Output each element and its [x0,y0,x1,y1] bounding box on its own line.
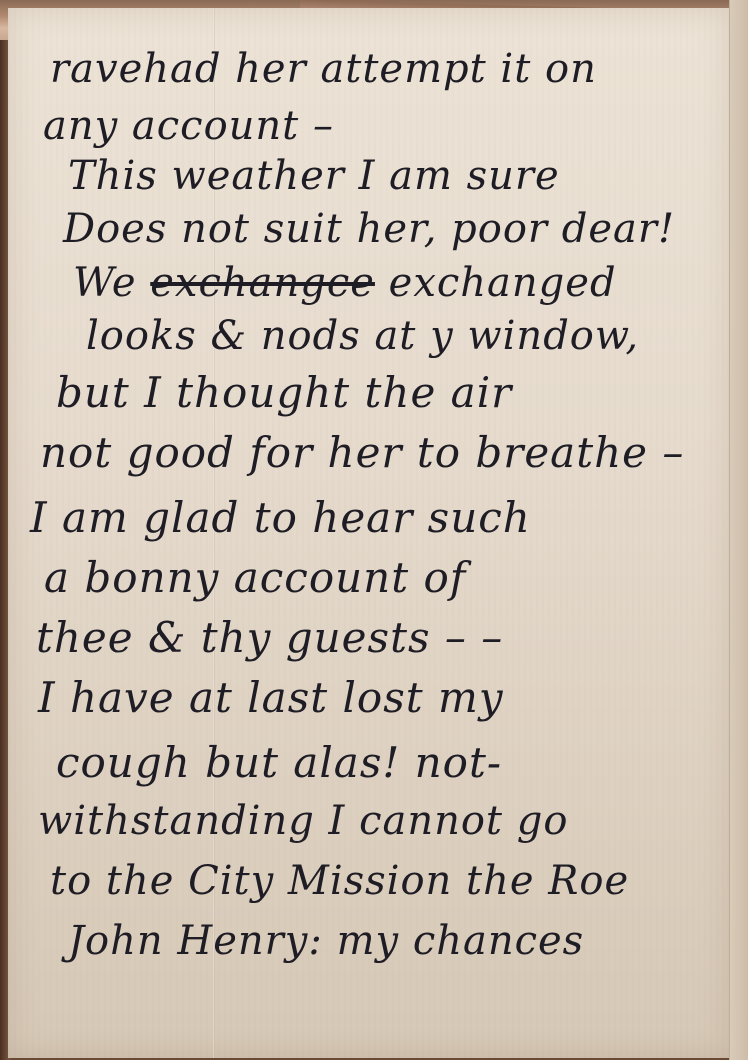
handwritten-line-1: ravehad her attempt it on [50,46,597,92]
handwritten-line-16: John Henry: my chances [68,918,584,964]
handwritten-line-6: looks & nods at y window, [86,313,639,359]
handwritten-line-4: Does not suit her, poor dear! [63,206,675,252]
adjacent-page-edge [729,0,748,1060]
struck-word: exchangce [150,260,375,306]
handwritten-line-10: a bonny account of [44,553,466,602]
letter-page: ravehad her attempt it on any account – … [8,8,730,1058]
handwritten-line-9: I am glad to hear such [30,493,531,542]
handwritten-line-5: We exchangce exchanged [73,260,617,306]
handwritten-line-11: thee & thy guests – – [36,613,503,662]
handwritten-line-8: not good for her to breathe – [40,428,684,477]
handwritten-line-13: cough but alas! not- [56,738,502,787]
handwritten-line-12: I have at last lost my [38,673,504,722]
handwritten-line-2: any account – [43,103,334,149]
handwritten-line-7: but I thought the air [56,368,512,417]
handwritten-line-3: This weather I am sure [68,153,560,199]
handwritten-line-15: to the City Mission the Roe [50,858,629,904]
handwritten-line-14: withstanding I cannot go [38,798,568,844]
